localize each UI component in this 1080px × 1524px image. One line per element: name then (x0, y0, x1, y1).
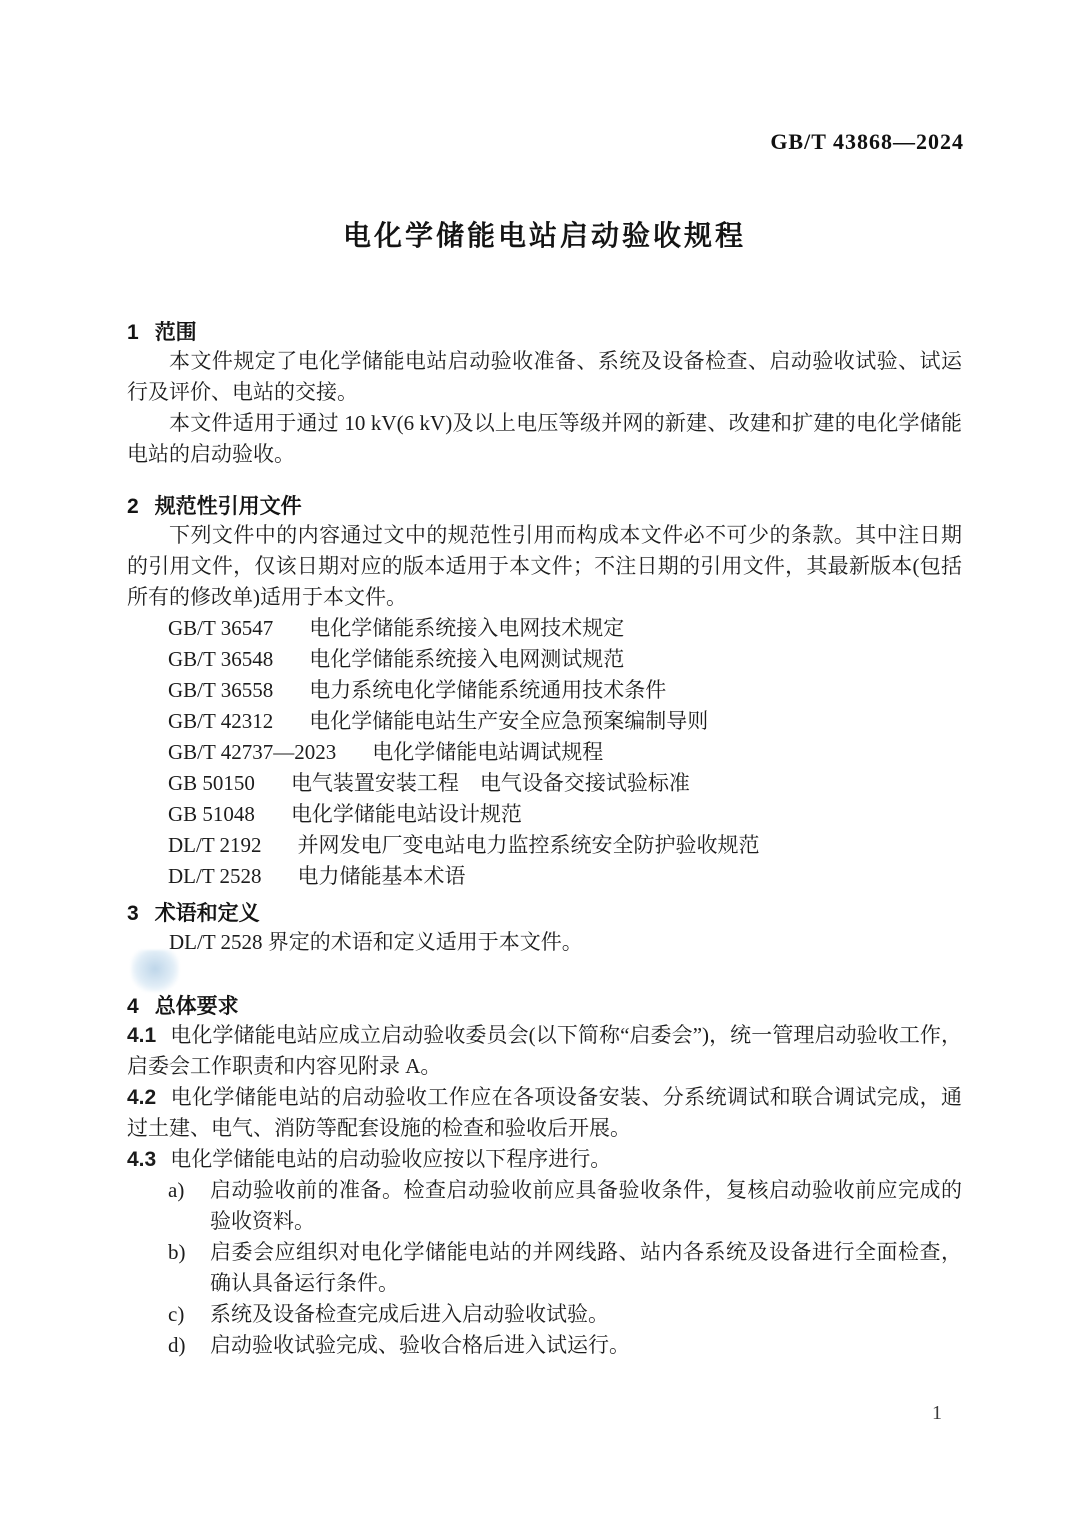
section-2-title: 规范性引用文件 (155, 495, 302, 518)
section-2-intro: 下列文件中的内容通过文中的规范性引用而构成本文件必不可少的条款。其中注日期的引用… (127, 520, 962, 613)
section-3-title: 术语和定义 (155, 902, 260, 925)
document-page: GB/T 43868—2024 电化学储能电站启动验收规程 1范围 本文件规定了… (0, 0, 1080, 1524)
procedure-item-a: a)启动验收前的准备。检查启动验收前应具备验收条件，复核启动验收前应完成的验收资… (127, 1175, 962, 1237)
section-1-paragraph-2: 本文件适用于通过 10 kV(6 kV)及以上电压等级并网的新建、改建和扩建的电… (127, 408, 962, 470)
reference-item: GB/T 36558电力系统电化学储能系统通用技术条件 (127, 675, 962, 706)
section-3-number: 3 (127, 901, 139, 927)
reference-item: GB/T 42737—2023电化学储能电站调试规程 (127, 737, 962, 768)
reference-title: 电力系统电化学储能系统通用技术条件 (309, 678, 666, 702)
section-2-heading: 2规范性引用文件 (127, 494, 962, 520)
clause-4-2-text: 电化学储能电站的启动验收工作应在各项设备安装、分系统调试和联合调试完成，通过土建… (127, 1085, 962, 1140)
reference-code: DL/T 2528 (168, 864, 262, 888)
document-title: 电化学储能电站启动验收规程 (127, 218, 962, 254)
procedure-item-b-label: b) (168, 1237, 186, 1268)
reference-title: 电化学储能电站设计规范 (291, 802, 522, 826)
section-1-paragraph-1: 本文件规定了电化学储能电站启动验收准备、系统及设备检查、启动验收试验、试运行及评… (127, 346, 962, 408)
reference-item: DL/T 2528电力储能基本术语 (127, 861, 962, 892)
reference-title: 电化学储能系统接入电网技术规定 (309, 616, 624, 640)
procedure-list: a)启动验收前的准备。检查启动验收前应具备验收条件，复核启动验收前应完成的验收资… (127, 1175, 962, 1361)
clause-4-2: 4.2电化学储能电站的启动验收工作应在各项设备安装、分系统调试和联合调试完成，通… (127, 1082, 962, 1144)
reference-code: DL/T 2192 (168, 833, 262, 857)
reference-title: 电化学储能电站调试规程 (372, 740, 603, 764)
reference-title: 电化学储能系统接入电网测试规范 (309, 647, 624, 671)
reference-code: GB/T 36548 (168, 647, 273, 671)
reference-title: 并网发电厂变电站电力监控系统安全防护验收规范 (298, 833, 760, 857)
reference-title: 电气装置安装工程 电气设备交接试验标准 (291, 771, 690, 795)
reference-code: GB/T 36558 (168, 678, 273, 702)
procedure-item-d-text: 启动验收试验完成、验收合格后进入试运行。 (210, 1333, 630, 1357)
section-3-paragraph-1: DL/T 2528 界定的术语和定义适用于本文件。 (127, 927, 962, 958)
reference-item: DL/T 2192并网发电厂变电站电力监控系统安全防护验收规范 (127, 830, 962, 861)
reference-item: GB/T 42312电化学储能电站生产安全应急预案编制导则 (127, 706, 962, 737)
procedure-item-d-label: d) (168, 1330, 186, 1361)
clause-4-3: 4.3电化学储能电站的启动验收应按以下程序进行。 (127, 1144, 962, 1175)
procedure-item-d: d)启动验收试验完成、验收合格后进入试运行。 (127, 1330, 962, 1361)
clause-4-1-text: 电化学储能电站应成立启动验收委员会(以下简称“启委会”)，统一管理启动验收工作，… (127, 1023, 962, 1078)
procedure-item-b: b)启委会应组织对电化学储能电站的并网线路、站内各系统及设备进行全面检查，确认具… (127, 1237, 962, 1299)
reference-title: 电化学储能电站生产安全应急预案编制导则 (309, 709, 708, 733)
clause-4-2-number: 4.2 (127, 1086, 156, 1109)
page-number: 1 (932, 1402, 942, 1425)
reference-code: GB 50150 (168, 771, 255, 795)
reference-item: GB 51048电化学储能电站设计规范 (127, 799, 962, 830)
procedure-item-c-label: c) (168, 1299, 184, 1330)
section-3-heading: 3术语和定义 (127, 901, 962, 927)
clause-4-3-text: 电化学储能电站的启动验收应按以下程序进行。 (170, 1147, 611, 1171)
section-1-heading: 1范围 (127, 320, 962, 346)
procedure-item-c: c)系统及设备检查完成后进入启动验收试验。 (127, 1299, 962, 1330)
section-1-title: 范围 (155, 321, 197, 344)
normative-references-list: GB/T 36547电化学储能系统接入电网技术规定 GB/T 36548电化学储… (127, 613, 962, 892)
reference-item: GB/T 36547电化学储能系统接入电网技术规定 (127, 613, 962, 644)
procedure-item-a-label: a) (168, 1175, 184, 1206)
section-4-number: 4 (127, 994, 139, 1020)
reference-title: 电力储能基本术语 (298, 864, 466, 888)
section-4-heading: 4总体要求 (127, 994, 962, 1020)
reference-code: GB 51048 (168, 802, 255, 826)
clause-4-1: 4.1电化学储能电站应成立启动验收委员会(以下简称“启委会”)，统一管理启动验收… (127, 1020, 962, 1082)
reference-code: GB/T 42737—2023 (168, 740, 336, 764)
procedure-item-b-text: 启委会应组织对电化学储能电站的并网线路、站内各系统及设备进行全面检查，确认具备运… (210, 1240, 962, 1295)
clause-4-1-number: 4.1 (127, 1024, 156, 1047)
reference-code: GB/T 42312 (168, 709, 273, 733)
document-body: 电化学储能电站启动验收规程 1范围 本文件规定了电化学储能电站启动验收准备、系统… (127, 0, 962, 1361)
reference-item: GB 50150电气装置安装工程 电气设备交接试验标准 (127, 768, 962, 799)
procedure-item-a-text: 启动验收前的准备。检查启动验收前应具备验收条件，复核启动验收前应完成的验收资料。 (210, 1178, 962, 1233)
section-2-number: 2 (127, 494, 139, 520)
procedure-item-c-text: 系统及设备检查完成后进入启动验收试验。 (210, 1302, 609, 1326)
section-1-number: 1 (127, 320, 139, 346)
clause-4-3-number: 4.3 (127, 1148, 156, 1171)
section-4-title: 总体要求 (155, 995, 239, 1018)
reference-item: GB/T 36548电化学储能系统接入电网测试规范 (127, 644, 962, 675)
reference-code: GB/T 36547 (168, 616, 273, 640)
